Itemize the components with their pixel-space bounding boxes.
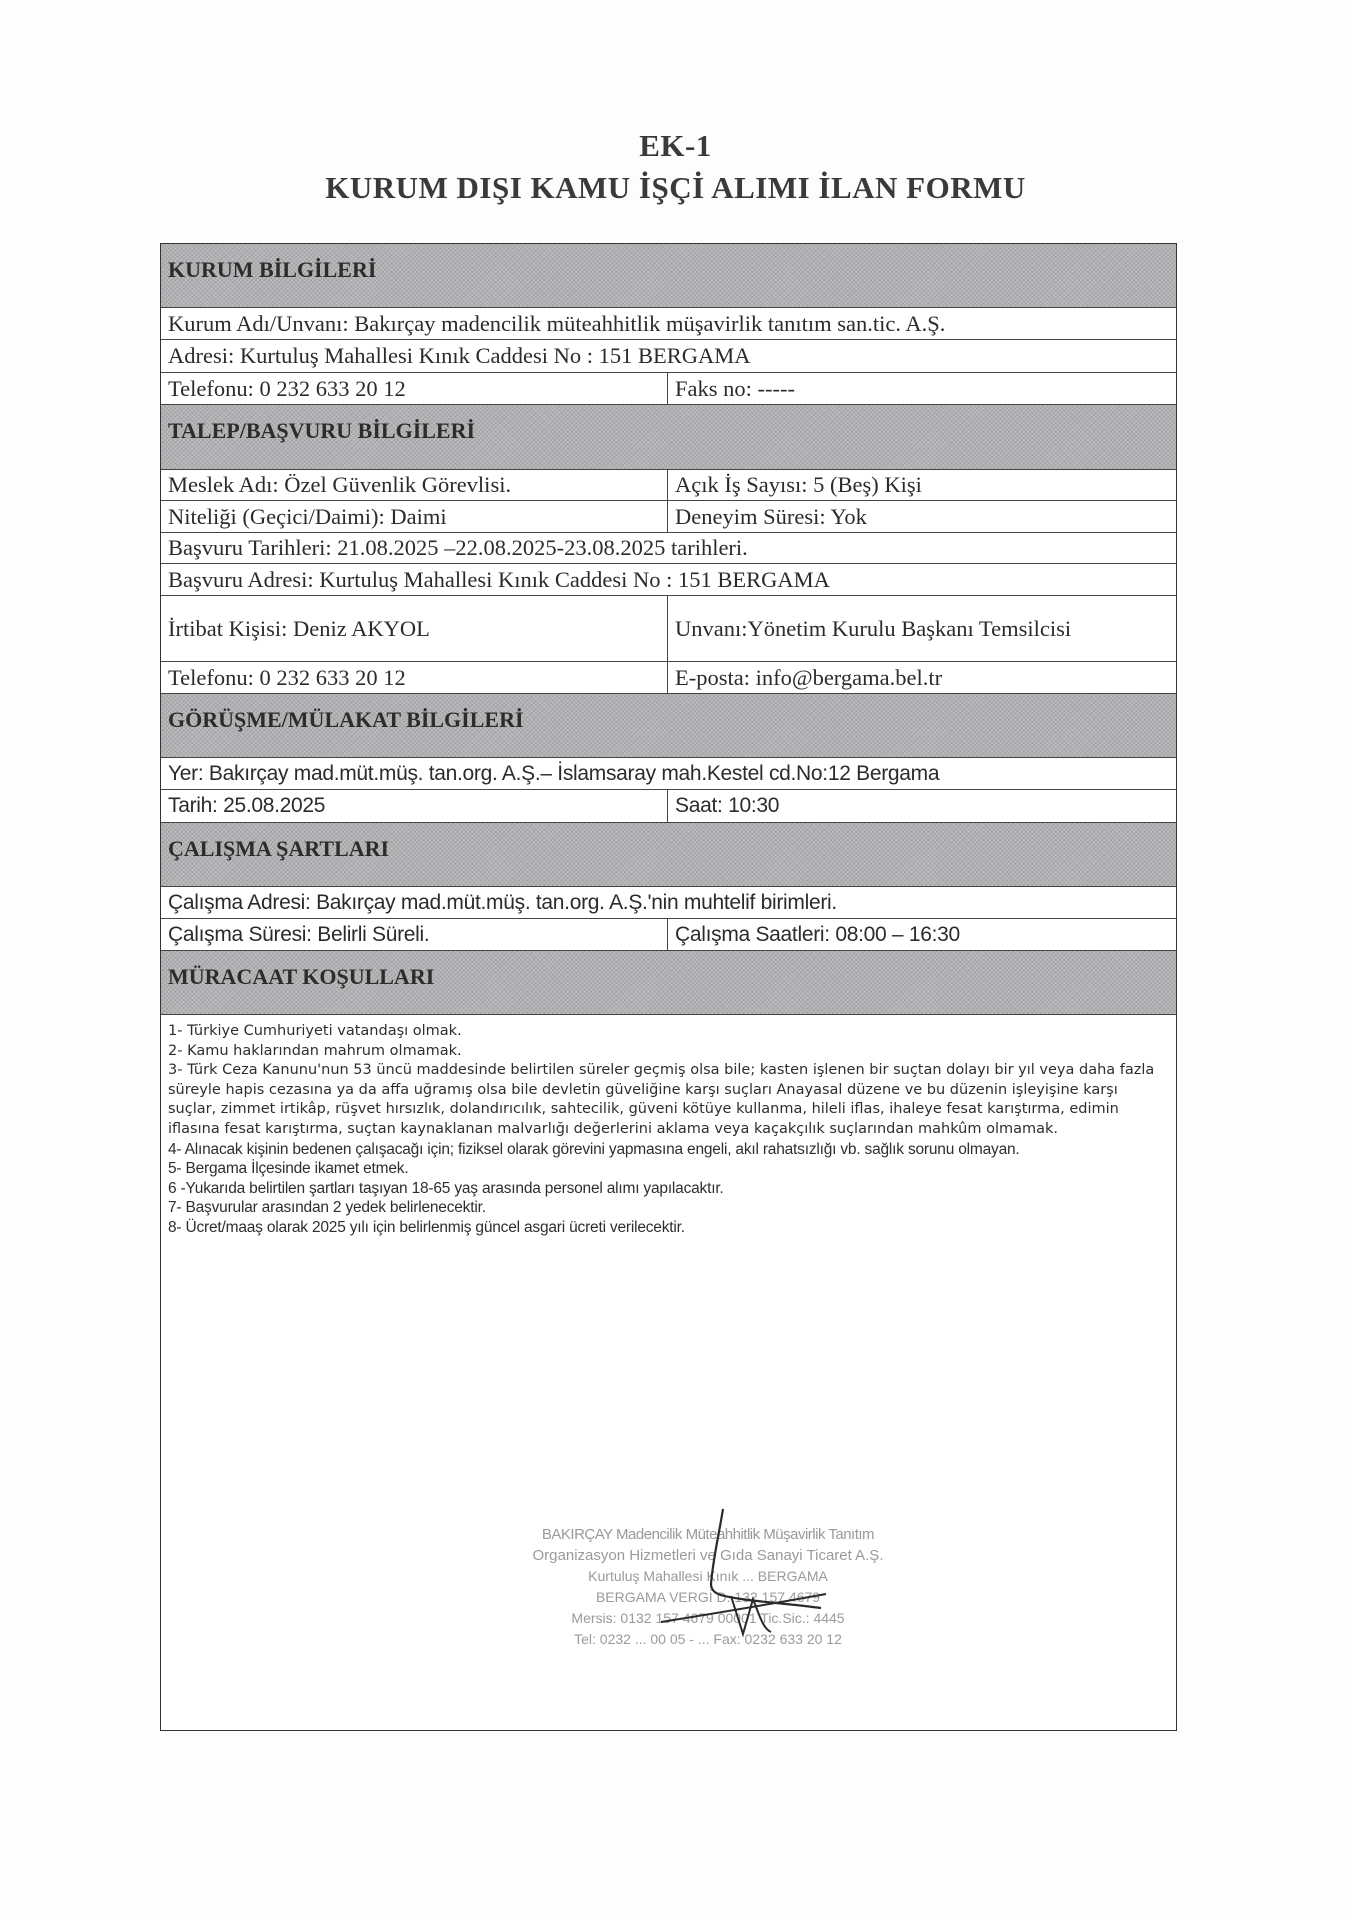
conditions-list: 1- Türkiye Cumhuriyeti vatandaşı olmak. … — [168, 1022, 1156, 1238]
contact-phone: Telefonu: 0 232 633 20 12 — [161, 662, 668, 693]
profession: Meslek Adı: Özel Güvenlik Görevlisi. — [161, 470, 668, 500]
work-hours: Çalışma Saatleri: 08:00 – 16:30 — [668, 919, 1176, 950]
interview-date: Tarih: 25.08.2025 — [161, 790, 668, 822]
work-duration: Çalışma Süresi: Belirli Süreli. — [161, 919, 668, 950]
field-row: Çalışma Süresi: Belirli Süreli. Çalışma … — [161, 919, 1176, 951]
institution-address: Adresi: Kurtuluş Mahallesi Kınık Caddesi… — [161, 340, 750, 372]
condition-item: 6 -Yukarıda belirtilen şartları taşıyan … — [168, 1179, 1156, 1199]
section-title: ÇALIŞMA ŞARTLARI — [161, 823, 389, 874]
field-row: Çalışma Adresi: Bakırçay mad.müt.müş. ta… — [161, 887, 1176, 919]
work-address: Çalışma Adresi: Bakırçay mad.müt.müş. ta… — [161, 887, 837, 918]
signature-icon — [631, 1504, 831, 1644]
application-address: Başvuru Adresi: Kurtuluş Mahallesi Kınık… — [161, 564, 830, 595]
interview-time: Saat: 10:30 — [668, 790, 1176, 822]
field-row: Niteliği (Geçici/Daimi): Daimi Deneyim S… — [161, 501, 1176, 533]
section-header-working-conditions: ÇALIŞMA ŞARTLARI — [161, 823, 1176, 887]
interview-place: Yer: Bakırçay mad.müt.müş. tan.org. A.Ş.… — [161, 758, 939, 789]
field-row: Başvuru Adresi: Kurtuluş Mahallesi Kınık… — [161, 564, 1176, 596]
experience-required: Deneyim Süresi: Yok — [668, 501, 1176, 532]
condition-item: 7- Başvurular arasından 2 yedek belirlen… — [168, 1198, 1156, 1218]
section-header-interview: GÖRÜŞME/MÜLAKAT BİLGİLERİ — [161, 694, 1176, 758]
field-row: Telefonu: 0 232 633 20 12 E-posta: info@… — [161, 662, 1176, 694]
form-title: KURUM DIŞI KAMU İŞÇİ ALIMI İLAN FORMU — [0, 170, 1351, 206]
field-row: Yer: Bakırçay mad.müt.müş. tan.org. A.Ş.… — [161, 758, 1176, 790]
institution-name: Kurum Adı/Unvanı: Bakırçay madencilik mü… — [161, 308, 945, 339]
application-dates: Başvuru Tarihleri: 21.08.2025 –22.08.202… — [161, 533, 748, 563]
open-positions: Açık İş Sayısı: 5 (Beş) Kişi — [668, 470, 1176, 500]
field-row: Tarih: 25.08.2025 Saat: 10:30 — [161, 790, 1176, 823]
section-title: KURUM BİLGİLERİ — [161, 244, 376, 295]
contact-person: İrtibat Kişisi: Deniz AKYOL — [161, 596, 668, 661]
employment-nature: Niteliği (Geçici/Daimi): Daimi — [161, 501, 668, 532]
field-row: Kurum Adı/Unvanı: Bakırçay madencilik mü… — [161, 308, 1176, 340]
section-header-kurum: KURUM BİLGİLERİ — [161, 244, 1176, 308]
field-row: Telefonu: 0 232 633 20 12 Faks no: ----- — [161, 373, 1176, 405]
field-row: Başvuru Tarihleri: 21.08.2025 –22.08.202… — [161, 533, 1176, 564]
section-title: MÜRACAAT KOŞULLARI — [161, 951, 434, 1002]
institution-phone: Telefonu: 0 232 633 20 12 — [161, 373, 668, 404]
contact-email[interactable]: E-posta: info@bergama.bel.tr — [668, 662, 1176, 693]
annex-label: EK-1 — [0, 128, 1351, 164]
condition-item: 4- Alınacak kişinin bedenen çalışacağı i… — [168, 1140, 1156, 1160]
condition-item: 3- Türk Ceza Kanunu'nun 53 üncü maddesin… — [168, 1061, 1156, 1139]
condition-item: 8- Ücret/maaş olarak 2025 yılı için beli… — [168, 1218, 1156, 1238]
field-row: Meslek Adı: Özel Güvenlik Görevlisi. Açı… — [161, 470, 1176, 501]
section-title: GÖRÜŞME/MÜLAKAT BİLGİLERİ — [161, 694, 524, 745]
institution-fax: Faks no: ----- — [668, 373, 1176, 404]
field-row: İrtibat Kişisi: Deniz AKYOL Unvanı:Yönet… — [161, 596, 1176, 662]
job-posting-form: KURUM BİLGİLERİ Kurum Adı/Unvanı: Bakırç… — [160, 243, 1177, 1731]
contact-title: Unvanı:Yönetim Kurulu Başkanı Temsilcisi — [668, 596, 1176, 661]
section-header-application-conditions: MÜRACAAT KOŞULLARI — [161, 951, 1176, 1015]
condition-item: 2- Kamu haklarından mahrum olmamak. — [168, 1042, 1156, 1062]
field-row: Adresi: Kurtuluş Mahallesi Kınık Caddesi… — [161, 340, 1176, 373]
condition-item: 1- Türkiye Cumhuriyeti vatandaşı olmak. — [168, 1022, 1156, 1042]
section-title: TALEP/BAŞVURU BİLGİLERİ — [161, 405, 475, 457]
section-header-talep: TALEP/BAŞVURU BİLGİLERİ — [161, 405, 1176, 470]
condition-item: 5- Bergama İlçesinde ikamet etmek. — [168, 1159, 1156, 1179]
